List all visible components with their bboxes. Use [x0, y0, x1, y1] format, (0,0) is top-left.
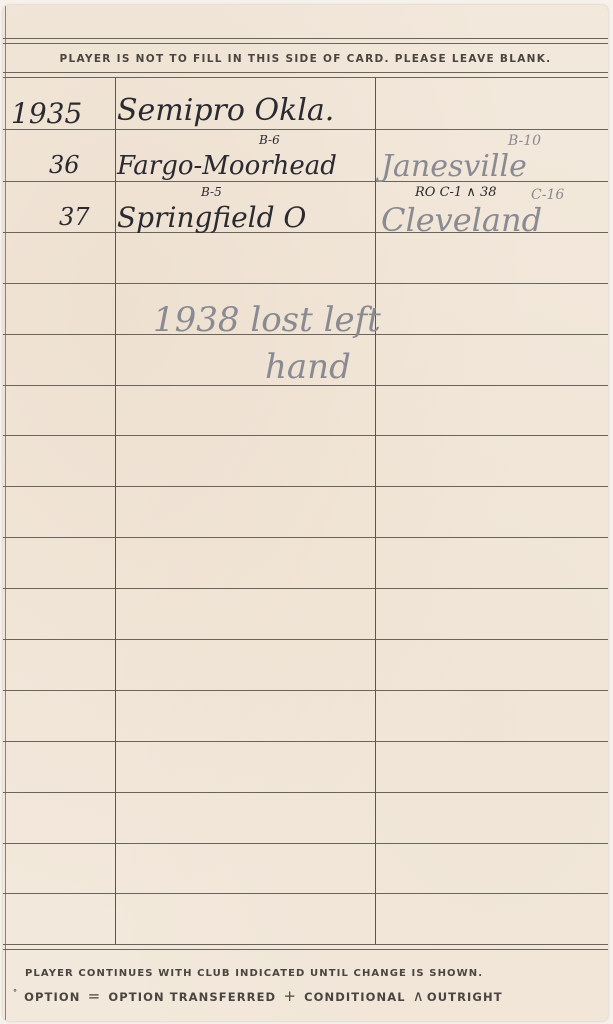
- entry-club-code: B-5: [201, 185, 222, 199]
- degree-symbol: °: [13, 988, 18, 997]
- club-column-divider: [375, 77, 376, 944]
- legend-option: OPTION: [24, 990, 80, 1004]
- entry-club2-code: B-10: [508, 133, 541, 149]
- grid-row-line: [3, 843, 608, 844]
- grid-row-line: [3, 690, 608, 691]
- grid-row-line: [3, 792, 608, 793]
- grid-row-line: [3, 893, 608, 894]
- legend-option-transferred: OPTION TRANSFERRED: [108, 990, 276, 1004]
- grid-row-line: [3, 129, 608, 130]
- grid-row-line: [3, 639, 608, 640]
- footer-notice: PLAYER CONTINUES WITH CLUB INDICATED UNT…: [25, 968, 483, 979]
- caret-symbol: ∧: [413, 987, 425, 1005]
- legend-outright: OUTRIGHT: [427, 990, 503, 1004]
- footer-legend: °OPTION = OPTION TRANSFERRED + CONDITION…: [13, 987, 503, 1005]
- pencil-note-line2: hand: [265, 347, 351, 387]
- entry-club: Springfield O: [117, 201, 306, 234]
- header-notice: PLAYER IS NOT TO FILL IN THIS SIDE OF CA…: [3, 53, 608, 65]
- entry-year: 36: [49, 151, 80, 179]
- pencil-note-line1: 1938 lost left: [153, 300, 381, 340]
- entry-year: 1935: [11, 97, 82, 130]
- grid-row-line: [3, 741, 608, 742]
- card-left-border: [5, 5, 6, 1021]
- entry-club2: Janesville: [381, 149, 527, 184]
- header-bottom-rule-2: [3, 77, 608, 78]
- equals-symbol: =: [88, 987, 102, 1005]
- header-top-rule-2: [3, 43, 608, 44]
- entry-year: 37: [59, 203, 90, 231]
- grid-row-line: [3, 588, 608, 589]
- header-bottom-rule: [3, 72, 608, 73]
- plus-symbol: +: [283, 987, 297, 1005]
- grid-row-line: [3, 435, 608, 436]
- entry-club: Fargo-Moorhead: [117, 151, 337, 181]
- grid-row-line: [3, 537, 608, 538]
- entry-club: Semipro Okla.: [117, 93, 334, 128]
- player-record-card: PLAYER IS NOT TO FILL IN THIS SIDE OF CA…: [3, 5, 608, 1021]
- entry-club-code: B-6: [259, 133, 280, 147]
- year-column-divider: [115, 77, 116, 944]
- grid-row-line: [3, 486, 608, 487]
- grid-row-line: [3, 283, 608, 284]
- header-top-rule: [3, 38, 608, 39]
- footer-top-rule-2: [3, 949, 608, 950]
- entry-annotation: RO C-1 ∧ 38: [415, 185, 497, 200]
- entry-club2: Cleveland: [381, 201, 542, 239]
- legend-conditional: CONDITIONAL: [304, 990, 406, 1004]
- footer-top-rule: [3, 944, 608, 945]
